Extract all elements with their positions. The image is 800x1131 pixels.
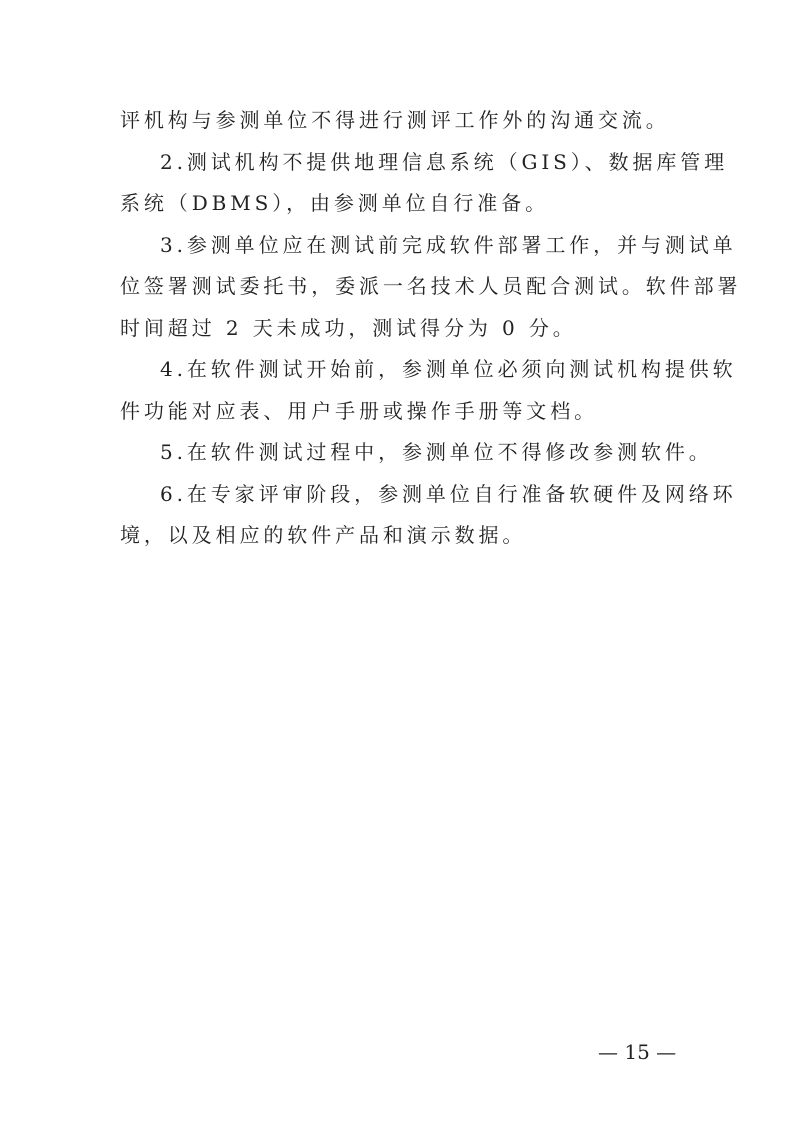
text-line: 境，以及相应的软件产品和演示数据。	[120, 515, 682, 557]
text-line: 时间超过 2 天未成功，测试得分为 0 分。	[120, 308, 682, 350]
text-line: 位签署测试委托书，委派一名技术人员配合测试。软件部署	[120, 266, 682, 308]
document-body: 评机构与参测单位不得进行测评工作外的沟通交流。 2.测试机构不提供地理信息系统（…	[120, 100, 682, 557]
page-number: — 15 —	[598, 1040, 676, 1064]
text-line: 2.测试机构不提供地理信息系统（GIS）、数据库管理	[120, 142, 682, 184]
text-line: 5.在软件测试过程中，参测单位不得修改参测软件。	[120, 432, 682, 474]
text-line: 6.在专家评审阶段，参测单位自行准备软硬件及网络环	[120, 474, 682, 516]
text-line: 件功能对应表、用户手册或操作手册等文档。	[120, 391, 682, 433]
text-line: 4.在软件测试开始前，参测单位必须向测试机构提供软	[120, 349, 682, 391]
text-line: 评机构与参测单位不得进行测评工作外的沟通交流。	[120, 100, 682, 142]
text-line: 系统（DBMS），由参测单位自行准备。	[120, 183, 682, 225]
text-line: 3.参测单位应在测试前完成软件部署工作，并与测试单	[120, 225, 682, 267]
